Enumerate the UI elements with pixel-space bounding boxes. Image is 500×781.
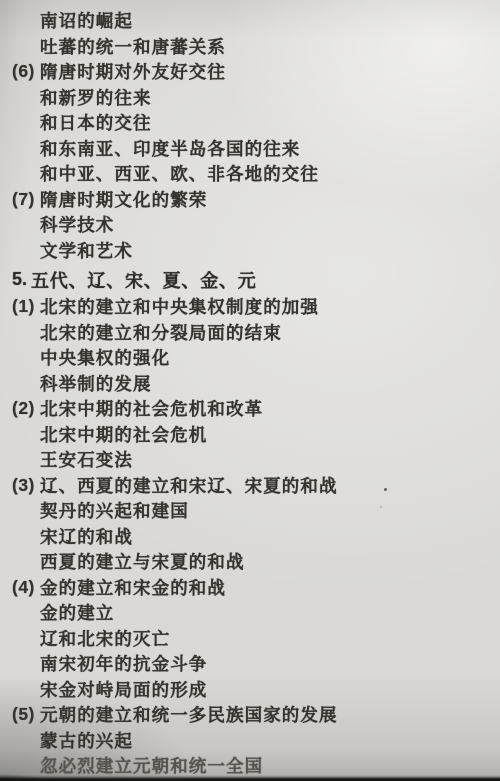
toc-outline: 南诏的崛起吐蕃的统一和唐蕃关系(6)隋唐时期对外友好交往和新罗的往来和日本的交往… (12, 8, 500, 779)
item-text: 和新罗的往来 (40, 85, 152, 110)
item-text: 北宋中期的社会危机和改革 (40, 396, 263, 421)
item-text: 和中亚、西亚、欧、非各地的交往 (40, 161, 319, 186)
item-text: 隋唐时期文化的繁荣 (40, 187, 207, 212)
outline-sub-item: 吐蕃的统一和唐蕃关系 (12, 34, 500, 60)
item-text: 科学技术 (40, 212, 114, 237)
item-number: 5. (12, 269, 31, 290)
outline-sub-item: 和新罗的往来 (12, 85, 500, 111)
outline-sub-item: 和日本的交往 (12, 110, 500, 136)
item-text: 和日本的交往 (40, 110, 152, 135)
outline-sub-item: 科举制的发展 (12, 371, 500, 397)
outline-sub-item: 文学和艺术 (12, 238, 500, 264)
paper-speck (384, 488, 387, 491)
outline-sub-item: 和东南亚、印度半岛各国的往来 (12, 136, 500, 162)
item-number: (7) (12, 189, 40, 210)
item-text: 蒙古的兴起 (40, 728, 133, 753)
item-text: 金的建立和宋金的和战 (40, 575, 226, 600)
outline-numbered-item: (5)元朝的建立和统一多民族国家的发展 (12, 702, 500, 728)
outline-sub-item: 南宋初年的抗金斗争 (12, 651, 500, 677)
item-number: (5) (12, 704, 40, 725)
outline-numbered-item: (7)隋唐时期文化的繁荣 (12, 187, 500, 213)
outline-sub-item: 北宋的建立和分裂局面的结束 (12, 320, 500, 346)
item-text: 宋金对峙局面的形成 (40, 677, 207, 702)
outline-sub-item: 宋金对峙局面的形成 (12, 677, 500, 703)
outline-sub-item: 王安石变法 (12, 447, 500, 473)
item-text: 北宋中期的社会危机 (40, 422, 207, 447)
item-text: 宋辽的和战 (40, 524, 133, 549)
item-number: (3) (12, 475, 40, 496)
item-text: 南诏的崛起 (40, 8, 133, 33)
item-number: (2) (12, 398, 40, 419)
item-text: 金的建立 (40, 600, 114, 625)
item-number: (6) (12, 61, 40, 82)
item-text: 科举制的发展 (40, 371, 152, 396)
item-text: 南宋初年的抗金斗争 (40, 651, 207, 676)
item-text: 北宋的建立和分裂局面的结束 (40, 320, 282, 345)
item-number: (4) (12, 577, 40, 598)
item-text: 中央集权的强化 (40, 345, 170, 370)
outline-numbered-item: (4)金的建立和宋金的和战 (12, 575, 500, 601)
item-text: 契丹的兴起和建国 (40, 498, 189, 523)
page-bottom-left-corner-shadow (0, 771, 60, 781)
item-text: 吐蕃的统一和唐蕃关系 (40, 34, 226, 59)
scanned-book-page: 南诏的崛起吐蕃的统一和唐蕃关系(6)隋唐时期对外友好交往和新罗的往来和日本的交往… (0, 0, 500, 781)
outline-sub-item: 中央集权的强化 (12, 345, 500, 371)
paper-speck (380, 506, 382, 508)
outline-numbered-item: (3)辽、西夏的建立和宋辽、宋夏的和战 (12, 473, 500, 499)
outline-sub-item: 科学技术 (12, 212, 500, 238)
outline-numbered-item: (1)北宋的建立和中央集权制度的加强 (12, 294, 500, 320)
outline-numbered-item: (2)北宋中期的社会危机和改革 (12, 396, 500, 422)
outline-sub-item: 西夏的建立与宋夏的和战 (12, 549, 500, 575)
item-text: 辽、西夏的建立和宋辽、宋夏的和战 (40, 473, 338, 498)
item-text: 隋唐时期对外友好交往 (40, 59, 226, 84)
outline-sub-item: 蒙古的兴起 (12, 728, 500, 754)
outline-sub-item: 金的建立 (12, 600, 500, 626)
page-bottom-edge-shadow (0, 775, 500, 781)
outline-sub-item: 契丹的兴起和建国 (12, 498, 500, 524)
item-text: 王安石变法 (40, 447, 133, 472)
outline-sub-item: 辽和北宋的灭亡 (12, 626, 500, 652)
item-text: 元朝的建立和统一多民族国家的发展 (40, 702, 338, 727)
outline-sub-item: 北宋中期的社会危机 (12, 422, 500, 448)
item-text: 五代、辽、宋、夏、金、元 (31, 267, 257, 293)
item-text: 文学和艺术 (40, 238, 133, 263)
outline-section-heading: 5.五代、辽、宋、夏、金、元 (12, 265, 500, 294)
item-text: 西夏的建立与宋夏的和战 (40, 549, 245, 574)
item-text: 和东南亚、印度半岛各国的往来 (40, 136, 300, 161)
item-number: (1) (12, 296, 40, 317)
item-text: 北宋的建立和中央集权制度的加强 (40, 294, 319, 319)
outline-sub-item: 南诏的崛起 (12, 8, 500, 34)
outline-sub-item: 和中亚、西亚、欧、非各地的交往 (12, 161, 500, 187)
item-text: 辽和北宋的灭亡 (40, 626, 170, 651)
outline-sub-item: 宋辽的和战 (12, 524, 500, 550)
outline-numbered-item: (6)隋唐时期对外友好交往 (12, 59, 500, 85)
